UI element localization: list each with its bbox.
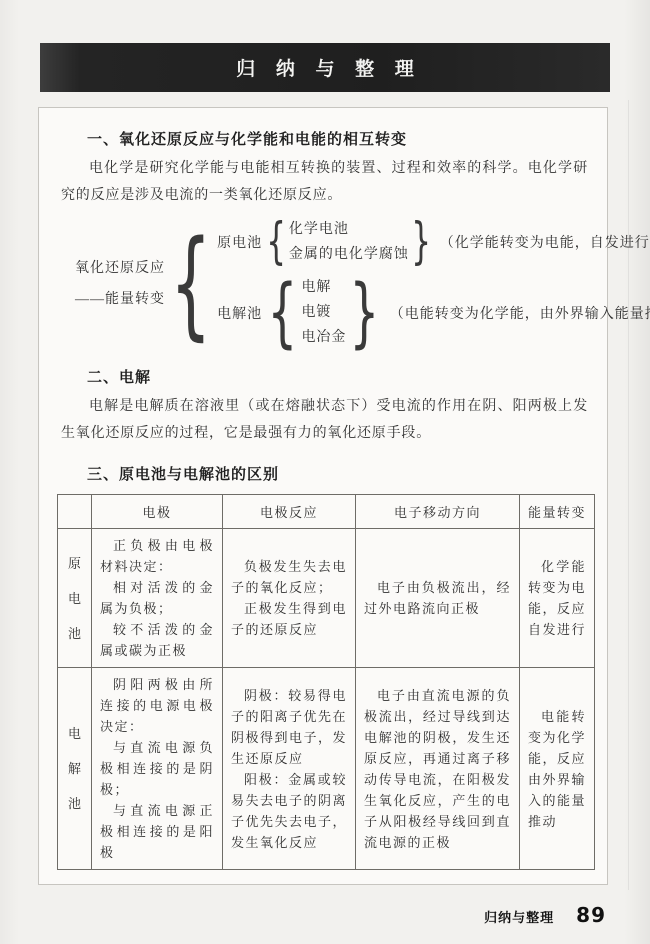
branch2-left-brace-icon: { (267, 276, 298, 348)
cell-electrode: 正负极由电极材料决定：相对活泼的金属为负极；较不活泼的金属或碳为正极 (92, 529, 223, 668)
diagram-root-label: 氧化还原反应 ——能量转变 (75, 253, 165, 315)
branch-primary-cell: 原电池 { 化学电池金属的电化学腐蚀 } （化学能转变为电能，自发进行） (217, 217, 650, 267)
branch1-right-brace-icon: } (411, 218, 431, 266)
list-item: 阴极：较易得电子的阳离子优先在阴极得到电子，发生还原反应 (231, 685, 347, 769)
cell-reaction: 阴极：较易得电子的阳离子优先在阴极得到电子，发生还原反应阳极：金属或较易失去电子… (223, 668, 356, 870)
content-box: 一、氧化还原反应与化学能和电能的相互转变 电化学是研究化学能与电能相互转换的装置… (38, 107, 608, 885)
list-item: 金属的电化学腐蚀 (289, 242, 409, 267)
list-item: 化学能转变为电能，反应自发进行 (528, 556, 586, 640)
column-header-blank (58, 495, 92, 529)
footer-section-label: 归纳与整理 (484, 907, 554, 926)
section2-paragraph: 电解是电解质在溶液里（或在熔融状态下）受电流的作用在阴、阳两极上发生氧化还原反应… (61, 393, 588, 447)
list-item: 电子由负极流出，经过外电路流向正极 (364, 577, 511, 619)
cell-energy: 化学能转变为电能，反应自发进行 (520, 529, 595, 668)
banner-title: 归 纳 与 整 理 (229, 54, 420, 81)
branch2-label: 电解池 (217, 303, 262, 323)
diagram-root-line1: 氧化还原反应 (75, 253, 165, 284)
branch2-right-brace-icon: } (350, 276, 381, 348)
table-row-electrolytic-cell: 电解池 阴阳两极由所连接的电源电极决定：与直流电源负极相连接的是阴极；与直流电源… (58, 668, 595, 870)
section1-heading: 一、氧化还原反应与化学能和电能的相互转变 (87, 128, 588, 149)
section2-heading: 二、电解 (87, 366, 588, 387)
column-header-electron-flow: 电子移动方向 (356, 495, 520, 529)
diagram-branches: 原电池 { 化学电池金属的电化学腐蚀 } （化学能转变为电能，自发进行） 电解池… (217, 217, 650, 350)
column-header-energy: 能量转变 (520, 495, 595, 529)
branch1-left-brace-icon: { (266, 218, 286, 266)
row-label: 原电池 (58, 529, 92, 668)
textbook-page: 归 纳 与 整 理 一、氧化还原反应与化学能和电能的相互转变 电化学是研究化学能… (0, 0, 650, 944)
list-item: 电子由直流电源的负极流出，经过导线到达电解池的阴极，发生还原反应，再通过离子移动… (364, 685, 511, 853)
diagram-root-line2: ——能量转变 (75, 284, 165, 315)
list-item: 与直流电源负极相连接的是阴极； (100, 737, 214, 800)
branch1-label: 原电池 (217, 232, 262, 252)
list-item: 电冶金 (301, 325, 346, 350)
branch1-items: 化学电池金属的电化学腐蚀 (289, 217, 409, 267)
list-item: 负极发生失去电子的氧化反应； (231, 556, 347, 598)
section1-paragraph: 电化学是研究化学能与电能相互转换的装置、过程和效率的科学。电化学研究的反应是涉及… (61, 155, 588, 209)
row-label: 电解池 (58, 668, 92, 870)
branch2-note: （电能转变为化学能，由外界输入能量推动） (390, 303, 650, 323)
list-item: 化学电池 (289, 217, 409, 242)
list-item: 相对活泼的金属为负极； (100, 577, 214, 619)
list-item: 正负极由电极材料决定： (100, 535, 214, 577)
cell-electron-flow: 电子由直流电源的负极流出，经过导线到达电解池的阴极，发生还原反应，再通过离子移动… (356, 668, 520, 870)
list-item: 正极发生得到电子的还原反应 (231, 598, 347, 640)
section3-heading: 三、原电池与电解池的区别 (87, 463, 588, 484)
list-item: 阴阳两极由所连接的电源电极决定： (100, 674, 214, 737)
section-banner: 归 纳 与 整 理 (40, 43, 610, 92)
energy-conversion-diagram: 氧化还原反应 ——能量转变 { 原电池 { 化学电池金属的电化学腐蚀 } （化学… (75, 217, 588, 350)
list-item: 与直流电源正极相连接的是阳极 (100, 800, 214, 863)
branch-electrolytic-cell: 电解池 { 电解电镀电冶金 } （电能转变为化学能，由外界输入能量推动） (217, 275, 650, 350)
table-row-primary-cell: 原电池 正负极由电极材料决定：相对活泼的金属为负极；较不活泼的金属或碳为正极 负… (58, 529, 595, 668)
root-left-brace-icon: { (170, 227, 212, 339)
comparison-table: 电极 电极反应 电子移动方向 能量转变 原电池 正负极由电极材料决定：相对活泼的… (57, 494, 595, 870)
list-item: 电能转变为化学能，反应由外界输入的能量推动 (528, 706, 586, 832)
column-header-reaction: 电极反应 (223, 495, 356, 529)
cell-electron-flow: 电子由负极流出，经过外电路流向正极 (356, 529, 520, 668)
table-header-row: 电极 电极反应 电子移动方向 能量转变 (58, 495, 595, 529)
list-item: 电镀 (301, 300, 346, 325)
branch2-items: 电解电镀电冶金 (301, 275, 346, 350)
page-edge-line (628, 100, 629, 890)
list-item: 较不活泼的金属或碳为正极 (100, 619, 214, 661)
page-footer: 归纳与整理 89 (484, 903, 606, 927)
list-item: 阳极：金属或较易失去电子的阴离子优先失去电子，发生氧化反应 (231, 769, 347, 853)
list-item: 电解 (301, 275, 346, 300)
cell-reaction: 负极发生失去电子的氧化反应；正极发生得到电子的还原反应 (223, 529, 356, 668)
cell-electrode: 阴阳两极由所连接的电源电极决定：与直流电源负极相连接的是阴极；与直流电源正极相连… (92, 668, 223, 870)
branch1-note: （化学能转变为电能，自发进行） (440, 232, 650, 252)
column-header-electrode: 电极 (92, 495, 223, 529)
cell-energy: 电能转变为化学能，反应由外界输入的能量推动 (520, 668, 595, 870)
footer-page-number: 89 (576, 903, 606, 927)
